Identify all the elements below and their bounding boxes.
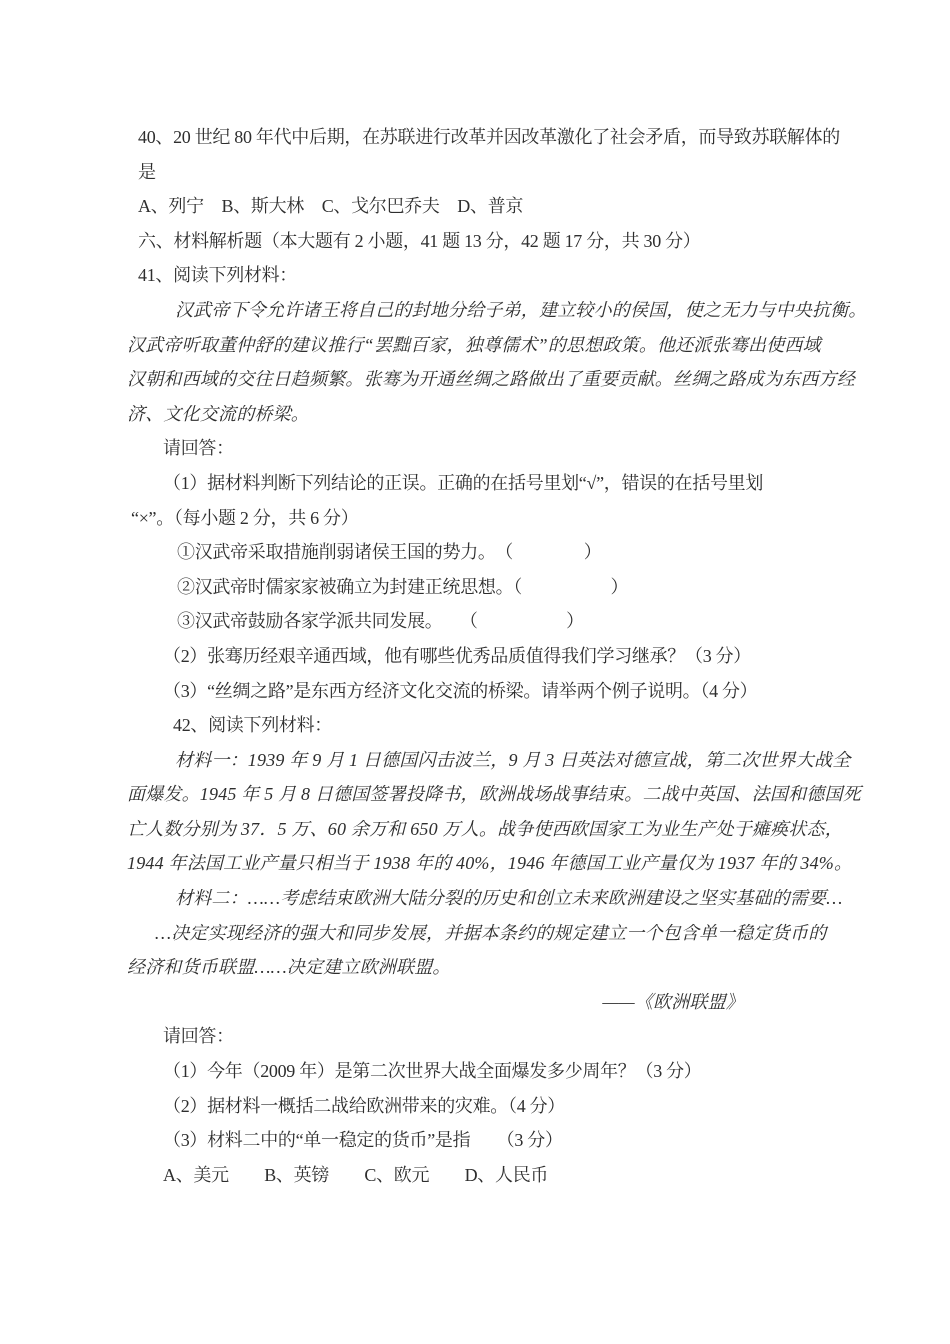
q41-sub1-item2: ②汉武帝时儒家家被确立为封建正统思想。（ ） (127, 570, 837, 605)
q42-material2-line2: …决定实现经济的强大和同步发展，并据本条约的规定建立一个包含单一稳定货币的 (127, 916, 837, 951)
q42-sub1: （1）今年（2009 年）是第二次世界大战全面爆发多少周年？（3 分） (127, 1054, 837, 1089)
q42-material1-line4: 1944 年法国工业产量只相当于 1938 年的 40%，1946 年德国工业产… (127, 846, 837, 881)
q41-sub1-item1: ①汉武帝采取措施削弱诸侯王国的势力。 （ ） (127, 535, 837, 570)
q41-sub1-line1: （1）据材料判断下列结论的正误。正确的在括号里划“√”，错误的在括号里划 (127, 466, 837, 501)
q41-header: 41、阅读下列材料： (127, 258, 837, 293)
q42-material2-line1: 材料二：……考虑结束欧洲大陆分裂的历史和创立未来欧洲建设之坚实基础的需要… (127, 881, 837, 916)
q41-material-line1: 汉武帝下令允许诸王将自己的封地分给子弟，建立较小的侯国，使之无力与中央抗衡。 (127, 293, 837, 328)
q42-material1-line1: 材料一：1939 年 9 月 1 日德国闪击波兰，9 月 3 日英法对德宣战，第… (127, 743, 837, 778)
q41-sub1-line2: “×”。（每小题 2 分，共 6 分） (127, 501, 837, 536)
document-page: 40、20 世纪 80 年代中后期，在苏联进行改革并因改革激化了社会矛盾，而导致… (0, 0, 950, 1344)
q41-sub3: （3）“丝绸之路”是东西方经济文化交流的桥梁。请举两个例子说明。（4 分） (127, 674, 837, 709)
q41-answer-prompt: 请回答： (127, 431, 837, 466)
q41-sub1-item3: ③汉武帝鼓励各家学派共同发展。 （ ） (127, 604, 837, 639)
q42-sub3: （3）材料二中的“单一稳定的货币”是指 （3 分） (127, 1123, 837, 1158)
q42-material1-line2: 面爆发。1945 年 5 月 8 日德国签署投降书，欧洲战场战事结束。二战中英国… (127, 777, 837, 812)
q42-material2-source: ——《欧洲联盟》 (127, 985, 837, 1020)
q40-stem-line2: 是 (127, 155, 837, 190)
section-six-header: 六、材料解析题（本大题有 2 小题，41 题 13 分，42 题 17 分，共 … (127, 224, 837, 259)
q41-material-line3: 汉朝和西域的交往日趋频繁。张骞为开通丝绸之路做出了重要贡献。丝绸之路成为东西方经 (127, 362, 837, 397)
q42-material1-line3: 亡人数分别为 37．5 万、60 余万和 650 万人。战争使西欧国家工为业生产… (127, 812, 837, 847)
q42-answer-prompt: 请回答： (127, 1019, 837, 1054)
q40-options: A、列宁 B、斯大林 C、戈尔巴乔夫 D、普京 (127, 189, 837, 224)
q41-material-line2: 汉武帝听取董仲舒的建议推行“罢黜百家，独尊儒术”的思想政策。他还派张骞出使西域 (127, 328, 837, 363)
q40-stem-line1: 40、20 世纪 80 年代中后期，在苏联进行改革并因改革激化了社会矛盾，而导致… (127, 120, 837, 155)
q42-sub2: （2）据材料一概括二战给欧洲带来的灾难。（4 分） (127, 1089, 837, 1124)
q42-material2-line3: 经济和货币联盟……决定建立欧洲联盟。 (127, 950, 837, 985)
q42-header: 42、阅读下列材料： (127, 708, 837, 743)
q42-sub3-options: A、美元 B、英镑 C、欧元 D、人民币 (127, 1158, 837, 1193)
q41-sub2: （2）张骞历经艰辛通西域，他有哪些优秀品质值得我们学习继承？（3 分） (127, 639, 837, 674)
q41-material-line4: 济、文化交流的桥梁。 (127, 397, 837, 432)
exam-content: 40、20 世纪 80 年代中后期，在苏联进行改革并因改革激化了社会矛盾，而导致… (127, 120, 837, 1192)
